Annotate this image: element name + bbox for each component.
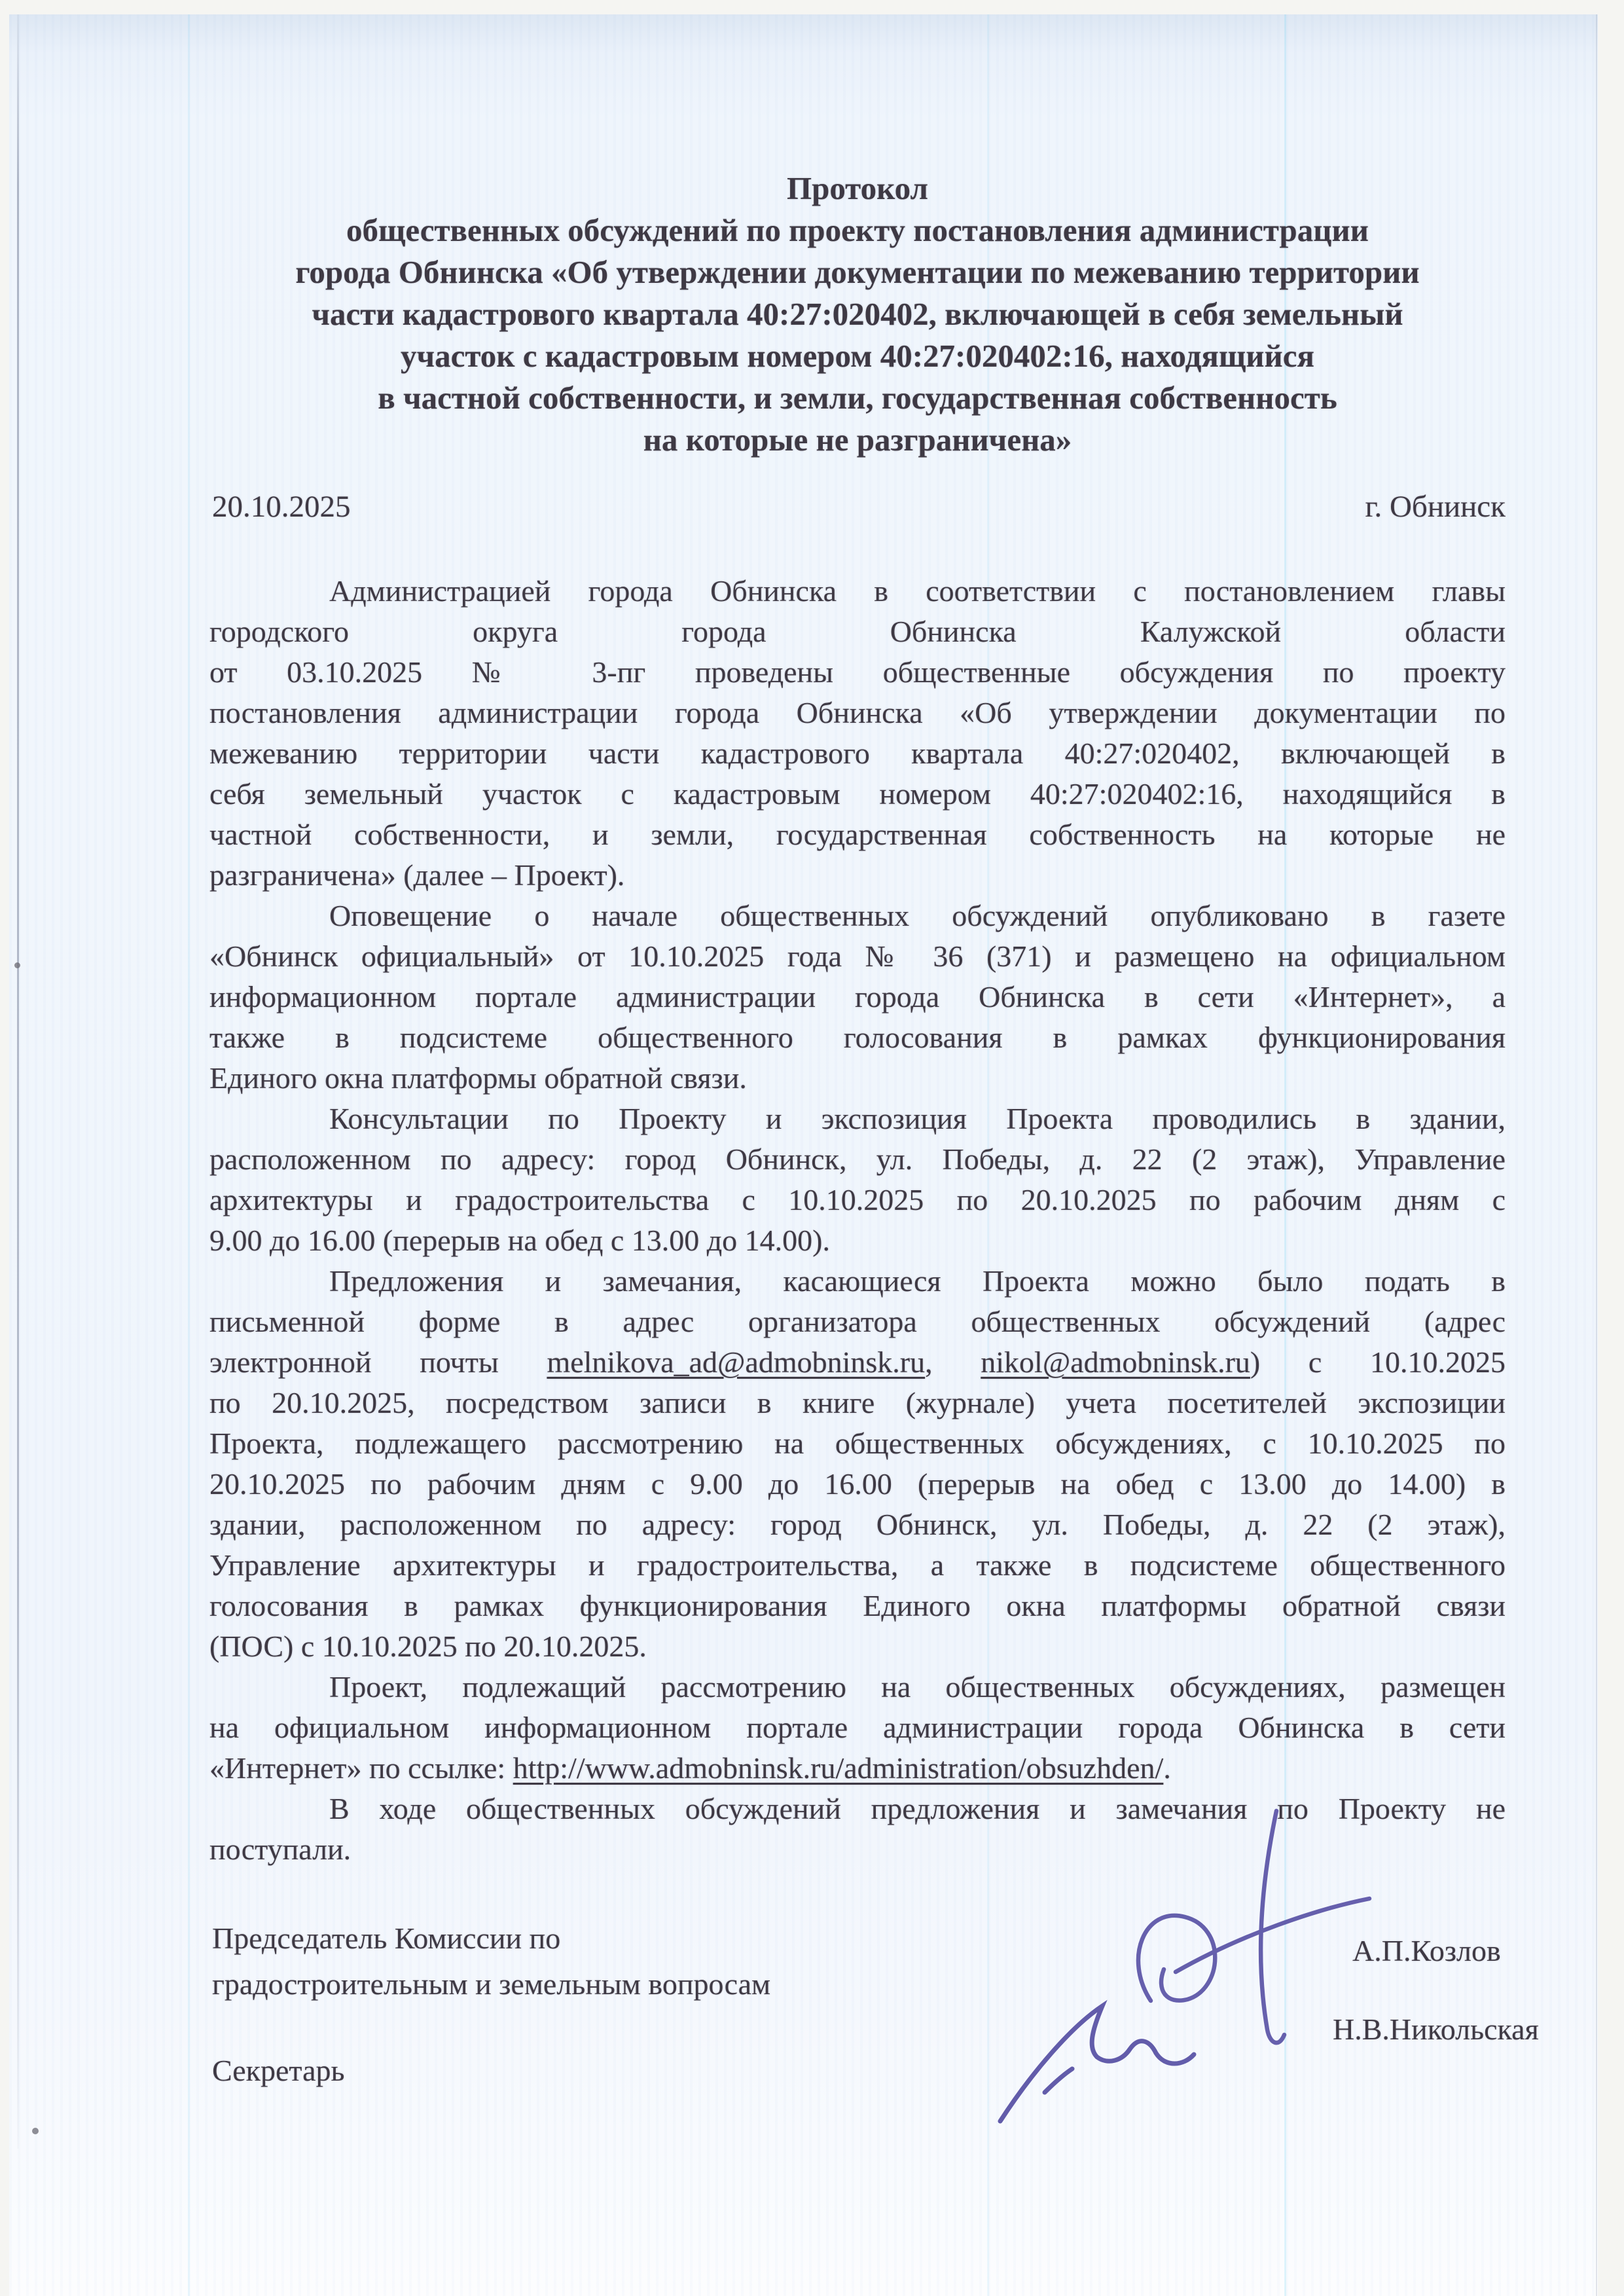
signatures-layer bbox=[943, 1755, 1440, 2160]
text-line: архитектуры и градостроительства с 10.10… bbox=[209, 1180, 1506, 1220]
document-date: 20.10.2025 bbox=[212, 487, 351, 526]
text-line: Проект, подлежащий рассмотрению на общес… bbox=[209, 1667, 1506, 1707]
underlined-text: melnikova_ad@admobninsk.ru bbox=[547, 1345, 925, 1379]
paragraph-3: Консультации по Проекту и экспозиция Про… bbox=[209, 1099, 1506, 1261]
text-line: Проекта, подлежащего рассмотрению на общ… bbox=[209, 1423, 1506, 1464]
text-run: , bbox=[925, 1345, 981, 1379]
text-line: голосования в рамках функционирования Ед… bbox=[209, 1586, 1506, 1626]
text-line: расположенном по адресу: город Обнинск, … bbox=[209, 1139, 1506, 1180]
text-line: Консультации по Проекту и экспозиция Про… bbox=[209, 1099, 1506, 1139]
text-line: Управление архитектуры и градостроительс… bbox=[209, 1545, 1506, 1586]
text-run: «Интернет» по ссылке: bbox=[209, 1751, 513, 1785]
text-line: от 03.10.2025 № 3-пг проведены обществен… bbox=[209, 652, 1506, 693]
text-line: Администрацией города Обнинска в соответ… bbox=[209, 571, 1506, 611]
text-line: в частной собственности, и земли, госуда… bbox=[209, 377, 1506, 419]
scanner-streak bbox=[188, 14, 190, 2296]
text-line: городского округа города Обнинска Калужс… bbox=[209, 611, 1506, 652]
kozlov-signature bbox=[1138, 1811, 1369, 2043]
ink-speck bbox=[32, 2128, 39, 2134]
underlined-text: nikol@admobninsk.ru bbox=[981, 1345, 1250, 1379]
text-line: части кадастрового квартала 40:27:020402… bbox=[209, 293, 1506, 335]
text-line: общественных обсуждений по проекту поста… bbox=[209, 210, 1506, 251]
text-line: здании, расположенном по адресу: город О… bbox=[209, 1504, 1506, 1545]
page-left-edge-shadow bbox=[17, 14, 19, 2149]
text-line: также в подсистеме общественного голосов… bbox=[209, 1017, 1506, 1058]
text-line: (ПОС) с 10.10.2025 по 20.10.2025. bbox=[209, 1626, 1506, 1667]
text-run: электронной почты bbox=[209, 1345, 547, 1379]
nikolskaya-signature bbox=[1000, 2006, 1194, 2121]
text-line: информационном портале администрации гор… bbox=[209, 977, 1506, 1017]
paragraph-4: Предложения и замечания, касающиеся Прое… bbox=[209, 1261, 1506, 1667]
text-line: 20.10.2025 по рабочим дням с 9.00 до 16.… bbox=[209, 1464, 1506, 1504]
text-line: на официальном информационном портале ад… bbox=[209, 1707, 1506, 1748]
text-line: разграничена» (далее – Проект). bbox=[209, 855, 1506, 896]
paragraph-1: Администрацией города Обнинска в соответ… bbox=[209, 571, 1506, 896]
document-body: Администрацией города Обнинска в соответ… bbox=[209, 571, 1506, 1870]
text-line: по 20.10.2025, посредством записи в книг… bbox=[209, 1383, 1506, 1423]
ink-speck bbox=[14, 962, 20, 968]
text-line: участок с кадастровым номером 40:27:0204… bbox=[209, 335, 1506, 377]
paragraph-2: Оповещение о начале общественных обсужде… bbox=[209, 896, 1506, 1099]
text-run: ) с 10.10.2025 bbox=[1250, 1345, 1506, 1379]
page-right-edge-shadow bbox=[1596, 14, 1597, 2296]
text-line: Протокол bbox=[209, 168, 1506, 210]
text-line: частной собственности, и земли, государс… bbox=[209, 814, 1506, 855]
text-line: на которые не разграничена» bbox=[209, 419, 1506, 461]
text-line: постановления администрации города Обнин… bbox=[209, 693, 1506, 733]
text-line: межеванию территории части кадастрового … bbox=[209, 733, 1506, 774]
text-line: Оповещение о начале общественных обсужде… bbox=[209, 896, 1506, 936]
text-line: электронной почты melnikova_ad@admobnins… bbox=[209, 1342, 1506, 1383]
text-line: письменной форме в адрес организатора об… bbox=[209, 1302, 1506, 1342]
text-line: Предложения и замечания, касающиеся Прое… bbox=[209, 1261, 1506, 1302]
text-line: 9.00 до 16.00 (перерыв на обед с 13.00 д… bbox=[209, 1220, 1506, 1261]
document-place: г. Обнинск bbox=[1365, 487, 1506, 526]
date-place-row: 20.10.2025 г. Обнинск bbox=[212, 487, 1506, 526]
text-line: «Обнинск официальный» от 10.10.2025 года… bbox=[209, 936, 1506, 977]
text-line: города Обнинска «Об утверждении документ… bbox=[209, 251, 1506, 293]
scanned-document-page: Протоколобщественных обсуждений по проек… bbox=[0, 0, 1624, 2296]
document-title: Протоколобщественных обсуждений по проек… bbox=[209, 168, 1506, 461]
text-line: себя земельный участок с кадастровым ном… bbox=[209, 774, 1506, 814]
text-line: Единого окна платформы обратной связи. bbox=[209, 1058, 1506, 1099]
